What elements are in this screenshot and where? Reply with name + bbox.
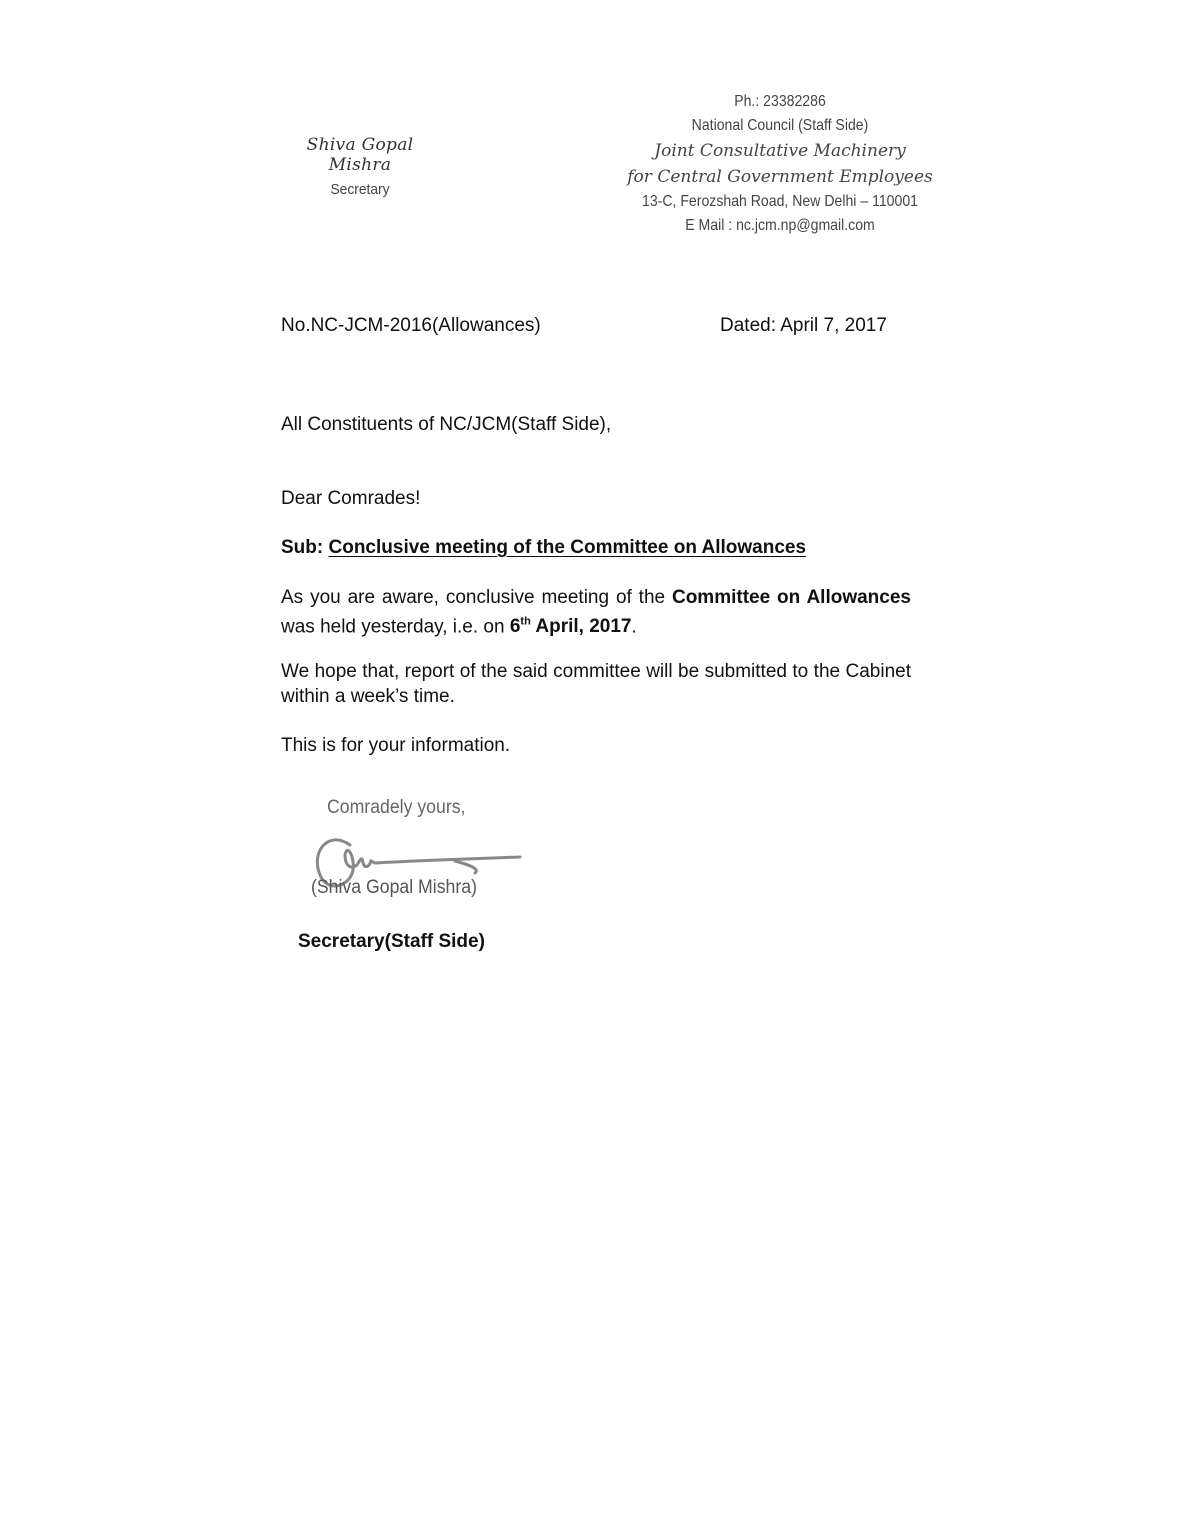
letterhead-secretary-title: Secretary [296,181,425,198]
salutation: Dear Comrades! [281,488,420,510]
letterhead-script-line-2: for Central Government Employees [620,164,940,190]
letterhead-left: Shiva Gopal Mishra Secretary [290,135,430,198]
letterhead-script-line-1: Joint Consultative Machinery [620,138,940,164]
letterhead-email: E Mail : nc.jcm.np@gmail.com [639,214,921,238]
addressee: All Constituents of NC/JCM(Staff Side), [281,414,611,436]
reference-number: No.NC-JCM-2016(Allowances) [281,315,541,337]
subject-line: Sub: Conclusive meeting of the Committee… [281,537,806,559]
signatory-title: Secretary(Staff Side) [298,931,485,953]
letterhead-org: National Council (Staff Side) [639,114,921,138]
meeting-date: 6th April, 2017 [510,616,632,637]
body-paragraph-1: As you are aware, conclusive meeting of … [281,585,911,639]
letterhead-address: 13-C, Ferozshah Road, New Delhi – 110001 [639,190,921,214]
closing: Comradely yours, [327,797,465,819]
body-paragraph-2: We hope that, report of the said committ… [281,659,911,709]
subject-text: Conclusive meeting of the Committee on A… [329,537,807,558]
letterhead-secretary-name: Shiva Gopal Mishra [290,135,430,175]
letterhead-right: Ph.: 23382286 National Council (Staff Si… [620,90,940,238]
subject-label: Sub: [281,537,323,558]
letter-date: Dated: April 7, 2017 [720,315,887,337]
committee-name: Committee on Allowances [672,587,911,608]
signatory-name: (Shiva Gopal Mishra) [311,877,477,899]
letterhead-phone: Ph.: 23382286 [639,90,921,114]
body-paragraph-3: This is for your information. [281,733,911,758]
